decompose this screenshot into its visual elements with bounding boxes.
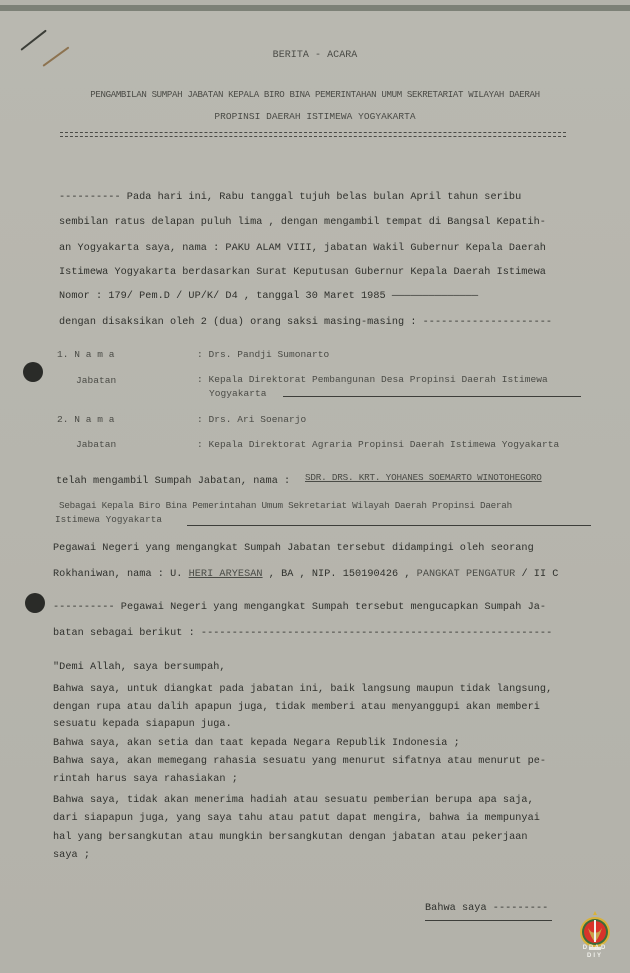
document-title: BERITA - ACARA [0,50,630,61]
oath-line: dari siapapun juga, yang saya tahu atau … [53,813,540,824]
watermark-label-2: DIY [572,953,618,959]
opening-line: sembilan ratus delapan puluh lima , deng… [59,217,546,228]
oath-line: "Demi Allah, saya bersumpah, [53,662,226,673]
punch-hole-bottom [25,593,45,613]
oath-line: Bahwa saya, akan memegang rahasia sesuat… [53,756,546,767]
oath-line: sesuatu kepada siapapun juga. [53,719,232,730]
oath-line: dengan rupa atau dalih apapun juga, tida… [53,702,540,713]
witness-number-label: 1. N a m a [57,349,115,360]
fill-line [283,396,581,397]
witness-position-cont: Yogyakarta [209,388,267,399]
continuation-marker: Bahwa saya --------- [425,903,548,914]
oath-line: Bahwa saya, untuk diangkat pada jabatan … [53,684,552,695]
oath-intro-line1: ---------- Pegawai Negeri yang mengangka… [53,602,546,613]
witness-position: : Kepala Direktorat Agraria Propinsi Dae… [197,439,559,450]
oath-taker-name: SDR. DRS. KRT. YOHANES SOEMARTO WINOTOHE… [305,472,542,483]
opening-line: dengan disaksikan oleh 2 (dua) orang sak… [59,317,552,328]
opening-line: Istimewa Yogyakarta berdasarkan Surat Ke… [59,267,546,278]
clergy-grade: / II C [515,569,558,580]
oath-line: rintah harus saya rahasiakan ; [53,774,238,785]
document-subtitle-line1: PENGAMBILAN SUMPAH JABATAN KEPALA BIRO B… [0,89,630,100]
header-separator [60,132,566,137]
witness-number-label: 2. N a m a [57,414,115,425]
clergy-rank: PANGKAT PENGATUR [417,569,516,580]
fill-line [187,525,591,526]
oath-line: hal yang bersangkutan atau mungkin bersa… [53,832,528,843]
opening-line: an Yogyakarta saya, nama : PAKU ALAM VII… [59,243,546,254]
opening-line: ---------- Pada hari ini, Rabu tanggal t… [59,192,521,203]
witness-position-label: Jabatan [76,375,116,386]
staple-mark-dark [20,30,46,51]
document-page: BERITA - ACARA PENGAMBILAN SUMPAH JABATA… [0,5,630,973]
oath-taker-intro: telah mengambil Sumpah Jabatan, nama : [56,476,290,487]
witness-name: : Drs. Pandji Sumonarto [197,349,329,360]
clergy-line1: Pegawai Negeri yang mengangkat Sumpah Ja… [53,543,534,554]
oath-intro-line2: batan sebagai berikut : ----------------… [53,628,552,639]
document-subtitle-line2: PROPINSI DAERAH ISTIMEWA YOGYAKARTA [0,111,630,122]
opening-line: Nomor : 179/ Pem.D / UP/K/ D4 , tanggal … [59,291,478,302]
oath-taker-role: Sebagai Kepala Biro Bina Pemerintahan Um… [59,500,512,511]
oath-line: Bahwa saya, akan setia dan taat kepada N… [53,738,460,749]
scan-edge [0,5,630,11]
oath-line: Bahwa saya, tidak akan menerima hadiah a… [53,795,534,806]
continuation-rule [425,920,552,921]
witness-position: : Kepala Direktorat Pembangunan Desa Pro… [197,374,548,385]
oath-line: saya ; [53,850,90,861]
witness-name: : Drs. Ari Soenarjo [197,414,306,425]
watermark-label-1: DPAD [572,945,618,951]
oath-taker-role-cont: Istimewa Yogyakarta [55,514,162,525]
witness-position-label: Jabatan [76,439,116,450]
punch-hole-top [23,362,43,382]
clergy-nip: , BA , NIP. 150190426 , [263,569,417,580]
clergy-prefix: Rokhaniwan, nama : U. [53,569,189,580]
clergy-line2: Rokhaniwan, nama : U. HERI ARYESAN , BA … [53,569,558,580]
clergy-name: HERI ARYESAN [189,569,263,580]
